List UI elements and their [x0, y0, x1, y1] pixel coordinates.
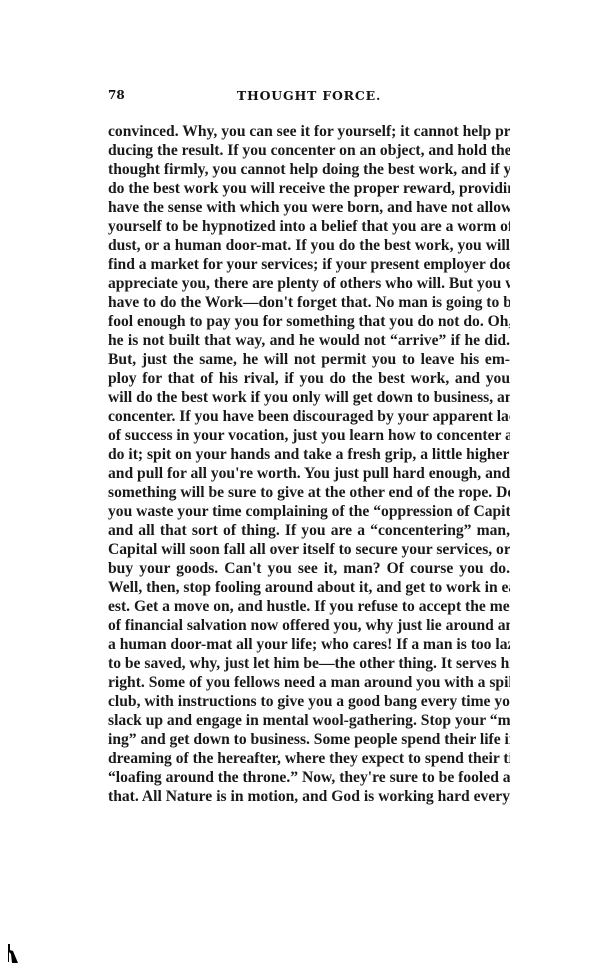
text-line: something will be sure to give at the ot…: [108, 483, 510, 502]
text-line: appreciate you, there are plenty of othe…: [108, 274, 510, 293]
text-line: est. Get a move on, and hustle. If you r…: [108, 597, 510, 616]
text-line: will do the best work if you only will g…: [108, 388, 510, 407]
text-line: to be saved, why, just let him be—the ot…: [108, 654, 510, 673]
text-line: and all that sort of thing. If you are a…: [108, 521, 510, 540]
text-line: Capital will soon fall all over itself t…: [108, 540, 510, 559]
text-line: that. All Nature is in motion, and God i…: [108, 787, 510, 806]
book-page: 78 THOUGHT FORCE. convinced. Why, you ca…: [0, 0, 600, 978]
text-line: do it; spit on your hands and take a fre…: [108, 445, 510, 464]
text-line: fool enough to pay you for something tha…: [108, 312, 510, 331]
text-line: and pull for all you're worth. You just …: [108, 464, 510, 483]
text-line: of financial salvation now offered you, …: [108, 616, 510, 635]
text-line: concenter. If you have been discouraged …: [108, 407, 510, 426]
text-line: club, with instructions to give you a go…: [108, 692, 510, 711]
text-line: he is not built that way, and he would n…: [108, 331, 510, 350]
text-line: have to do the Work—don't forget that. N…: [108, 293, 510, 312]
text-line: buy your goods. Can't you see it, man? O…: [108, 559, 510, 578]
text-line: do the best work you will receive the pr…: [108, 179, 510, 198]
text-line: yourself to be hypnotized into a belief …: [108, 217, 510, 236]
text-line: “loafing around the throne.” Now, they'r…: [108, 768, 510, 787]
text-line: find a market for your services; if your…: [108, 255, 510, 274]
text-line: right. Some of you fellows need a man ar…: [108, 673, 510, 692]
running-head: 78 THOUGHT FORCE.: [108, 88, 510, 108]
text-line: ing” and get down to business. Some peop…: [108, 730, 510, 749]
body-text: convinced. Why, you can see it for yours…: [108, 122, 510, 806]
text-line: But, just the same, he will not permit y…: [108, 350, 510, 369]
text-line: dreaming of the hereafter, where they ex…: [108, 749, 510, 768]
text-line: ploy for that of his rival, if you do th…: [108, 369, 510, 388]
text-line: ducing the result. If you concenter on a…: [108, 141, 510, 160]
text-line: thought firmly, you cannot help doing th…: [108, 160, 510, 179]
text-line: you waste your time complaining of the “…: [108, 502, 510, 521]
text-line: convinced. Why, you can see it for yours…: [108, 122, 510, 141]
text-line: slack up and engage in mental wool-gathe…: [108, 711, 510, 730]
text-line: dust, or a human door-mat. If you do the…: [108, 236, 510, 255]
running-title: THOUGHT FORCE.: [108, 88, 510, 103]
text-line: a human door-mat all your life; who care…: [108, 635, 510, 654]
scan-artifact-mark-icon: [7, 942, 19, 964]
text-line: of success in your vocation, just you le…: [108, 426, 510, 445]
text-line: have the sense with which you were born,…: [108, 198, 510, 217]
text-line: Well, then, stop fooling around about it…: [108, 578, 510, 597]
